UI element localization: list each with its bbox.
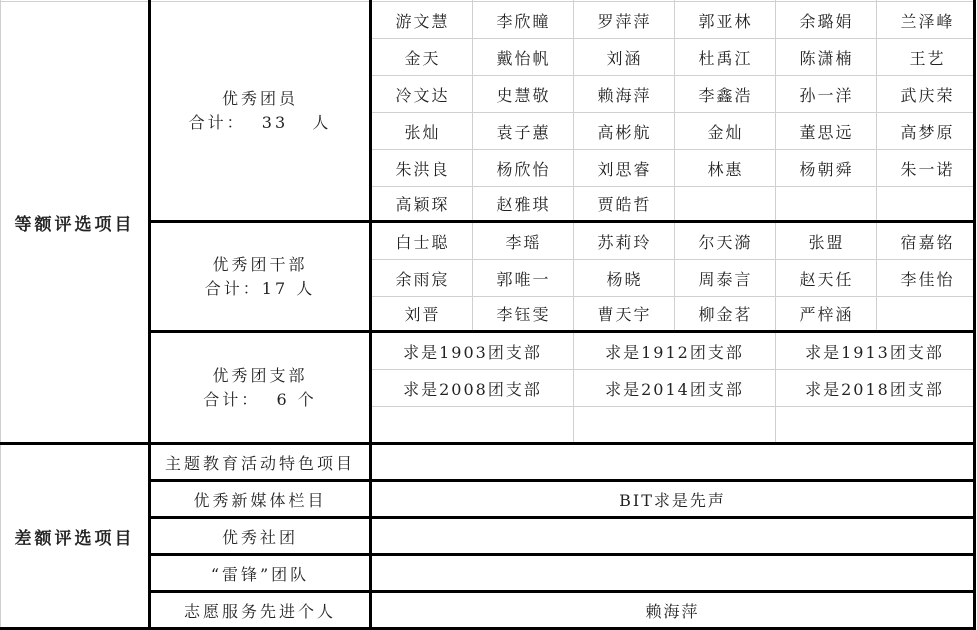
cadre-name: 柳金茗 bbox=[675, 297, 776, 330]
member-name: 金灿 bbox=[675, 113, 776, 149]
competitive-item-label: 优秀社团 bbox=[151, 519, 369, 553]
cadre-name: 宿嘉铭 bbox=[877, 223, 977, 259]
member-name: 史慧敬 bbox=[473, 76, 574, 112]
member-name: 杨朝舜 bbox=[776, 150, 877, 186]
branch-name bbox=[372, 407, 573, 442]
category-competitive: 差额评选项目 bbox=[1, 445, 148, 627]
member-name: 陈潇楠 bbox=[776, 39, 877, 75]
member-name: 贾皓哲 bbox=[574, 187, 675, 220]
member-name: 高梦原 bbox=[877, 113, 977, 149]
member-name: 郭亚林 bbox=[675, 2, 776, 38]
branch-name bbox=[574, 407, 775, 442]
member-name: 刘涵 bbox=[574, 39, 675, 75]
member-name: 金天 bbox=[372, 39, 473, 75]
cadre-name: 严梓涵 bbox=[776, 297, 877, 330]
competitive-item-value bbox=[372, 556, 973, 590]
cadre-name: 刘晋 bbox=[372, 297, 473, 330]
competitive-item-value bbox=[372, 519, 973, 553]
member-name: 冷文达 bbox=[372, 76, 473, 112]
member-name: 杜禹江 bbox=[675, 39, 776, 75]
category-quota: 等额评选项目 bbox=[1, 2, 148, 442]
section-total: 合计： 33 人 bbox=[189, 111, 332, 135]
member-name: 李鑫浩 bbox=[675, 76, 776, 112]
member-name: 赵雅琪 bbox=[473, 187, 574, 220]
member-name: 李欣瞳 bbox=[473, 2, 574, 38]
member-name: 朱一诺 bbox=[877, 150, 977, 186]
cadre-name: 尔天漪 bbox=[675, 223, 776, 259]
cadre-name: 杨晓 bbox=[574, 260, 675, 296]
cadre-name: 曹天宇 bbox=[574, 297, 675, 330]
cadre-name bbox=[877, 297, 977, 330]
member-name: 朱洪良 bbox=[372, 150, 473, 186]
competitive-item-label: 志愿服务先进个人 bbox=[151, 593, 369, 627]
member-name bbox=[776, 187, 877, 220]
member-name: 罗萍萍 bbox=[574, 2, 675, 38]
member-name: 兰泽峰 bbox=[877, 2, 977, 38]
member-name: 王艺 bbox=[877, 39, 977, 75]
section-total: 合计：17 人 bbox=[205, 277, 315, 301]
member-name: 武庆荣 bbox=[877, 76, 977, 112]
branch-name: 求是1903团支部 bbox=[372, 333, 573, 369]
cadre-name: 赵天任 bbox=[776, 260, 877, 296]
branch-name: 求是1912团支部 bbox=[574, 333, 775, 369]
member-name: 董思远 bbox=[776, 113, 877, 149]
cadre-name: 张盟 bbox=[776, 223, 877, 259]
section-excellent-branch: 优秀团支部 合计： 6 个 bbox=[151, 333, 369, 442]
branch-name bbox=[776, 407, 973, 442]
section-total: 合计： 6 个 bbox=[203, 388, 316, 412]
section-excellent-cadre: 优秀团干部 合计：17 人 bbox=[151, 223, 369, 330]
cadre-name: 周泰言 bbox=[675, 260, 776, 296]
member-name: 游文慧 bbox=[372, 2, 473, 38]
section-title: 优秀团员 bbox=[222, 87, 298, 111]
cadre-name: 李佳怡 bbox=[877, 260, 977, 296]
member-name bbox=[877, 187, 977, 220]
section-excellent-member: 优秀团员 合计： 33 人 bbox=[151, 2, 369, 220]
branch-name: 求是1913团支部 bbox=[776, 333, 973, 369]
cadre-name: 余雨宸 bbox=[372, 260, 473, 296]
member-name: 孙一洋 bbox=[776, 76, 877, 112]
member-name: 袁子蕙 bbox=[473, 113, 574, 149]
member-name: 刘思睿 bbox=[574, 150, 675, 186]
section-title: 优秀团干部 bbox=[212, 253, 307, 277]
branch-name: 求是2014团支部 bbox=[574, 370, 775, 406]
cadre-name: 白士聪 bbox=[372, 223, 473, 259]
member-name: 赖海萍 bbox=[574, 76, 675, 112]
competitive-item-value: BIT求是先声 bbox=[372, 482, 973, 516]
member-name: 高彬航 bbox=[574, 113, 675, 149]
member-name bbox=[675, 187, 776, 220]
cadre-name: 李钰雯 bbox=[473, 297, 574, 330]
competitive-item-label: “雷锋”团队 bbox=[151, 556, 369, 590]
competitive-item-label: 主题教育活动特色项目 bbox=[151, 445, 369, 479]
member-name: 杨欣怡 bbox=[473, 150, 574, 186]
member-name: 高颖琛 bbox=[372, 187, 473, 220]
member-name: 林惠 bbox=[675, 150, 776, 186]
member-name: 戴怡帆 bbox=[473, 39, 574, 75]
member-name: 余璐娟 bbox=[776, 2, 877, 38]
branch-name: 求是2008团支部 bbox=[372, 370, 573, 406]
cadre-name: 郭唯一 bbox=[473, 260, 574, 296]
section-title: 优秀团支部 bbox=[212, 364, 307, 388]
competitive-item-value bbox=[372, 445, 973, 479]
competitive-item-value: 赖海萍 bbox=[372, 593, 973, 627]
competitive-item-label: 优秀新媒体栏目 bbox=[151, 482, 369, 516]
member-name: 张灿 bbox=[372, 113, 473, 149]
branch-name: 求是2018团支部 bbox=[776, 370, 973, 406]
cadre-name: 苏莉玲 bbox=[574, 223, 675, 259]
cadre-name: 李瑶 bbox=[473, 223, 574, 259]
